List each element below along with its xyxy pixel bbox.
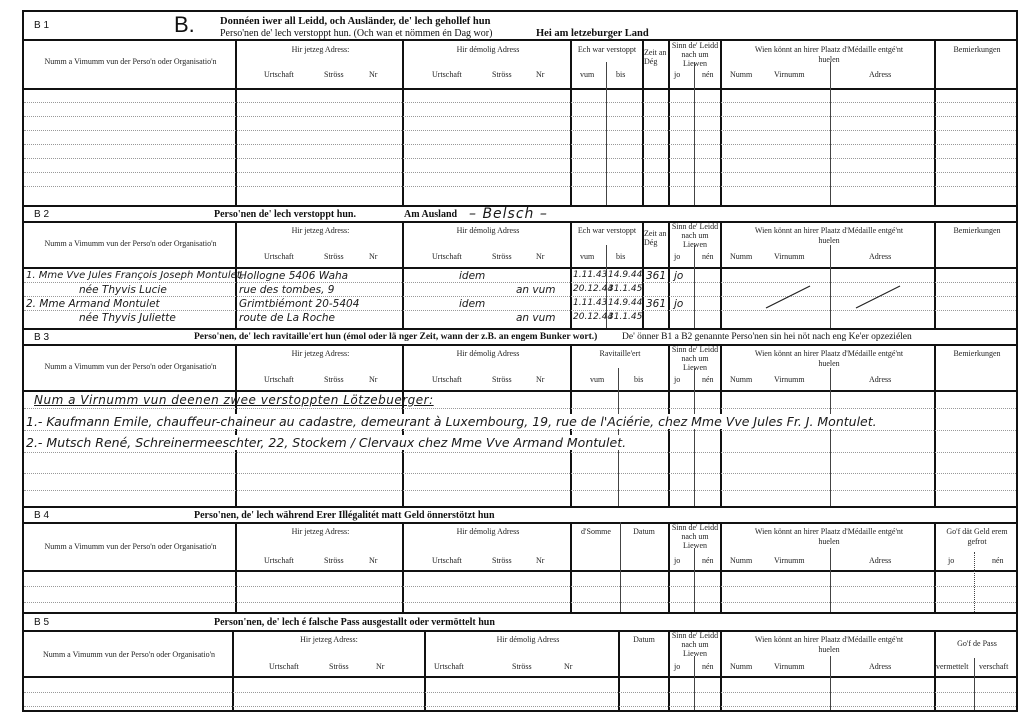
col-jo: jo [674, 70, 680, 79]
col-urschaft: Urtschaft [264, 375, 294, 384]
col-stross: Ströss [492, 70, 512, 79]
col-numm: Numm [730, 252, 752, 261]
col-stross: Ströss [324, 375, 344, 384]
col-remarks: Bemierkungen [934, 45, 1020, 54]
col-nr: Nr [536, 70, 544, 79]
form-title-region: Hei am letzeburger Land [536, 28, 649, 39]
hidden-to: 31.1.45 [608, 312, 642, 322]
section-note-b3: De' önner B1 a B2 genannte Perso'nen sin… [622, 332, 912, 342]
section-code-b4: B 4 [34, 510, 49, 521]
col-pass-given: Go'f de Pass [934, 639, 1020, 648]
col-stross: Ströss [324, 70, 344, 79]
alive-yes: jo [674, 298, 683, 310]
abroad-label: Am Ausland [404, 209, 457, 220]
section-code-b5: B 5 [34, 617, 49, 628]
col-hidden: Ech war verstoppt [572, 226, 642, 235]
col-name: Numm a Vimumm vun der Perso'n oder Organ… [24, 239, 237, 248]
hidden-to: 14.9.44 [608, 298, 642, 308]
section-b5: B 5 Person'nen, de' lech é falsche Pass … [22, 612, 1018, 712]
col-urschaft: Urtschaft [264, 70, 294, 79]
form-letter: B. [174, 12, 195, 38]
col-vum: vum [580, 70, 594, 79]
col-name: Numm a Vimumm vun der Perso'n oder Organ… [24, 57, 237, 66]
section-code-b2: B 2 [34, 209, 49, 220]
col-name: Numm a Vimumm vun der Perso'n oder Organ… [24, 362, 237, 371]
col-urschaft: Urtschaft [434, 662, 464, 671]
col-nen: nén [702, 556, 714, 565]
hidden-to: 31.1.45 [608, 284, 642, 294]
section-b2: B 2 Perso'nen de' lech verstoppt hun. Am… [22, 205, 1018, 330]
person-name: 1. Mme Vve Jules François Joseph Montule… [26, 270, 244, 281]
col-zeit: Zeit an Dég [644, 48, 668, 66]
col-stross: Ströss [492, 375, 512, 384]
col-old-address: Hir démolig Adress [424, 635, 632, 644]
strikethrough-mark [764, 282, 814, 312]
col-remarks: Bemierkungen [934, 349, 1020, 358]
col-nen: nén [702, 375, 714, 384]
section-title-b2: Perso'nen de' lech verstoppt hun. [214, 209, 356, 220]
current-address: Grimtbiémont 20-5404 [239, 298, 359, 310]
section-code-b1: B 1 [34, 20, 49, 31]
col-hidden: Ech war verstoppt [572, 45, 642, 54]
section-title-b3: Perso'nen, de' lech ravitaille'ert hun (… [194, 332, 597, 342]
col-stross: Ströss [492, 252, 512, 261]
col-adress: Adress [869, 662, 891, 671]
col-numm: Numm [730, 375, 752, 384]
col-adress: Adress [869, 70, 891, 79]
col-name: Numm a Vimumm vun der Perso'n oder Organ… [24, 542, 237, 551]
section-b1: B 1 B. Donnéen iwer all Leidd, och Auslä… [22, 10, 1018, 207]
col-adress: Adress [869, 556, 891, 565]
col-urschaft: Urtschaft [432, 252, 462, 261]
col-nr: Nr [536, 252, 544, 261]
col-urschaft: Urtschaft [432, 70, 462, 79]
col-nen: nén [702, 662, 714, 671]
col-medal: Wien könnt an hirer Plaatz d'Médaille en… [724, 349, 934, 369]
col-jo: jo [674, 252, 680, 261]
col-nr: Nr [536, 375, 544, 384]
col-jo: jo [674, 375, 680, 384]
col-old-address: Hir démolig Adress [404, 349, 572, 358]
col-numm: Numm [730, 70, 752, 79]
alive-yes: jo [674, 270, 683, 282]
col-virnumm: Virnumm [774, 252, 805, 261]
current-street: route de La Roche [239, 312, 335, 324]
col-nr: Nr [376, 662, 384, 671]
col-stross: Ströss [324, 556, 344, 565]
col-alive: Sinn de' Leidd nach um Liewen [670, 631, 720, 658]
col-bis: bis [616, 70, 625, 79]
old-address-note: an vum [516, 312, 556, 324]
old-address-note: an vum [516, 284, 556, 296]
col-medal: Wien könnt an hirer Plaatz d'Médaille en… [724, 45, 934, 65]
col-stross: Ströss [512, 662, 532, 671]
col-verschaft: verschaft [979, 662, 1008, 671]
col-jo: jo [948, 556, 954, 565]
col-medal: Wien könnt an hirer Plaatz d'Médaille en… [724, 226, 934, 246]
col-current-address: Hir jetzeg Adress: [237, 349, 404, 358]
col-bis: bis [616, 252, 625, 261]
col-current-address: Hir jetzeg Adress: [237, 527, 404, 536]
col-stross: Ströss [492, 556, 512, 565]
col-nr: Nr [369, 70, 377, 79]
col-numm: Numm [730, 662, 752, 671]
col-urschaft: Urtschaft [432, 375, 462, 384]
col-nr: Nr [369, 252, 377, 261]
person-maiden-name: née Thyvis Lucie [79, 284, 167, 296]
col-zeit: Zeit an Dég [644, 229, 668, 247]
col-numm: Numm [730, 556, 752, 565]
person-maiden-name: née Thyvis Juliette [79, 312, 176, 324]
col-nr: Nr [536, 556, 544, 565]
col-stross: Ströss [324, 252, 344, 261]
col-jo: jo [674, 662, 680, 671]
col-medal: Wien könnt an hirer Plaatz d'Médaille en… [724, 527, 934, 547]
days-hidden: 361 [646, 270, 666, 282]
col-alive: Sinn de' Leidd nach um Liewen [670, 523, 720, 550]
col-somme: d'Somme [572, 527, 620, 536]
col-nen: nén [702, 252, 714, 261]
col-nr: Nr [369, 556, 377, 565]
col-alive: Sinn de' Leidd nach um Liewen [670, 41, 720, 68]
col-vum: vum [590, 375, 604, 384]
section-b4: B 4 Perso'nen, de' lech während Erer Ill… [22, 506, 1018, 614]
col-urschaft: Urtschaft [264, 556, 294, 565]
col-urschaft: Urtschaft [269, 662, 299, 671]
col-bis: bis [634, 375, 643, 384]
hidden-from: 1.11.43 [573, 298, 607, 308]
col-name: Numm a Vimumm vun der Perso'n oder Organ… [24, 650, 234, 659]
form-title-line2: Perso'nen de' lech verstoppt hun. (Och w… [220, 28, 492, 39]
form-title-line1: Donnéen iwer all Leidd, och Ausländer, d… [220, 16, 490, 27]
col-adress: Adress [869, 375, 891, 384]
col-ravitailleert: Ravitaille'ert [572, 349, 668, 358]
col-virnumm: Virnumm [774, 556, 805, 565]
col-nen: nén [702, 70, 714, 79]
col-current-address: Hir jetzeg Adress: [237, 226, 404, 235]
col-datum: Datum [620, 527, 668, 536]
old-address: idem [459, 298, 485, 310]
hidden-to: 14.9.44 [608, 270, 642, 280]
strikethrough-mark [854, 282, 904, 312]
person-name: 2. Mme Armand Montulet [26, 298, 160, 310]
note-line-1: 1.- Kaufmann Emile, chauffeur-chaineur a… [26, 414, 877, 429]
col-old-address: Hir démolig Adress [404, 226, 572, 235]
col-old-address: Hir démolig Adress [404, 45, 572, 54]
abroad-value: – Belsch – [469, 206, 548, 222]
col-virnumm: Virnumm [774, 70, 805, 79]
note-line-2: 2.- Mutsch René, Schreinermeeschter, 22,… [26, 435, 626, 450]
section-title-b4: Perso'nen, de' lech während Erer Illégal… [194, 510, 495, 521]
col-old-address: Hir démolig Adress [404, 527, 572, 536]
current-street: rue des tombes, 9 [239, 284, 334, 296]
col-datum: Datum [620, 635, 668, 644]
note-heading: Num a Virnumm vun deenen zwee verstoppte… [34, 393, 434, 407]
col-vermettelt: vermettelt [936, 662, 968, 671]
col-jo: jo [674, 556, 680, 565]
old-address: idem [459, 270, 485, 282]
col-adress: Adress [869, 252, 891, 261]
col-current-address: Hir jetzeg Adress: [237, 45, 404, 54]
hidden-from: 1.11.43 [573, 270, 607, 280]
section-b3: B 3 Perso'nen, de' lech ravitaille'ert h… [22, 328, 1018, 508]
col-current-address: Hir jetzeg Adress: [234, 635, 424, 644]
col-urschaft: Urtschaft [432, 556, 462, 565]
section-title-b5: Person'nen, de' lech é falsche Pass ausg… [214, 617, 495, 628]
col-urschaft: Urtschaft [264, 252, 294, 261]
col-nen: nén [992, 556, 1004, 565]
col-money-asked: Go'f dät Geld erem gefrot [944, 527, 1010, 547]
col-virnumm: Virnumm [774, 662, 805, 671]
col-nr: Nr [564, 662, 572, 671]
col-virnumm: Virnumm [774, 375, 805, 384]
col-alive: Sinn de' Leidd nach um Liewen [670, 222, 720, 249]
col-stross: Ströss [329, 662, 349, 671]
col-vum: vum [580, 252, 594, 261]
current-address: Hollogne 5406 Waha [239, 270, 348, 282]
col-medal: Wien könnt an hirer Plaatz d'Médaille en… [724, 635, 934, 655]
section-code-b3: B 3 [34, 332, 49, 343]
col-nr: Nr [369, 375, 377, 384]
col-alive: Sinn de' Leidd nach um Liewen [670, 345, 720, 372]
col-remarks: Bemierkungen [934, 226, 1020, 235]
days-hidden: 361 [646, 298, 666, 310]
